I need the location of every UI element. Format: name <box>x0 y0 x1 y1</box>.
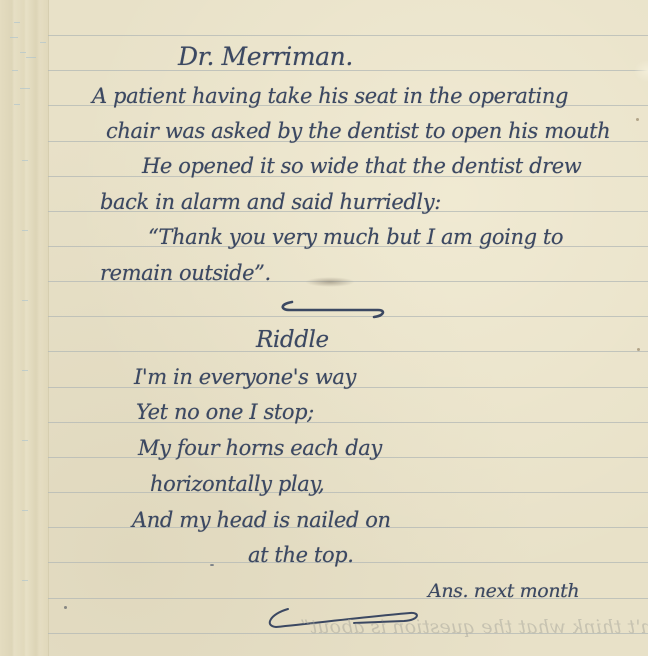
ink-smudge <box>305 277 355 287</box>
ink-dot <box>210 564 214 566</box>
bleed-through-text: “Don't think what the question is about” <box>300 616 648 638</box>
riddle-line: I'm in everyone's way <box>134 365 356 389</box>
anecdote-line: He opened it so wide that the dentist dr… <box>142 154 581 178</box>
anecdote-line: A patient having take his seat in the op… <box>92 84 568 108</box>
riddle-line: at the top. <box>248 543 354 567</box>
ruled-line <box>48 35 648 36</box>
anecdote-title: Dr. Merriman. <box>178 42 353 71</box>
riddle-line: horizontally play, <box>150 472 324 496</box>
anecdote-line: back in alarm and said hurriedly: <box>100 190 441 214</box>
anecdote-line: “Thank you very much but I am going to <box>148 225 563 249</box>
anecdote-line: chair was asked by the dentist to open h… <box>106 119 610 143</box>
paper-speck <box>64 606 67 609</box>
paper-tear <box>634 60 648 82</box>
ruled-line <box>48 492 648 493</box>
riddle-line: And my head is nailed on <box>132 508 391 532</box>
riddle-line: My four horns each day <box>138 436 382 460</box>
flourish-divider <box>278 298 388 320</box>
notebook-page: Dr. Merriman. A patient having take his … <box>0 0 648 656</box>
anecdote-line: remain outside”. <box>100 261 271 285</box>
ruled-line <box>48 351 648 352</box>
answer-note: Ans. next month <box>428 580 579 602</box>
riddle-title: Riddle <box>256 327 329 353</box>
paper-speck <box>636 118 639 121</box>
paper-speck <box>637 348 640 351</box>
binding-margin <box>0 0 49 656</box>
riddle-line: Yet no one I stop; <box>136 400 314 424</box>
